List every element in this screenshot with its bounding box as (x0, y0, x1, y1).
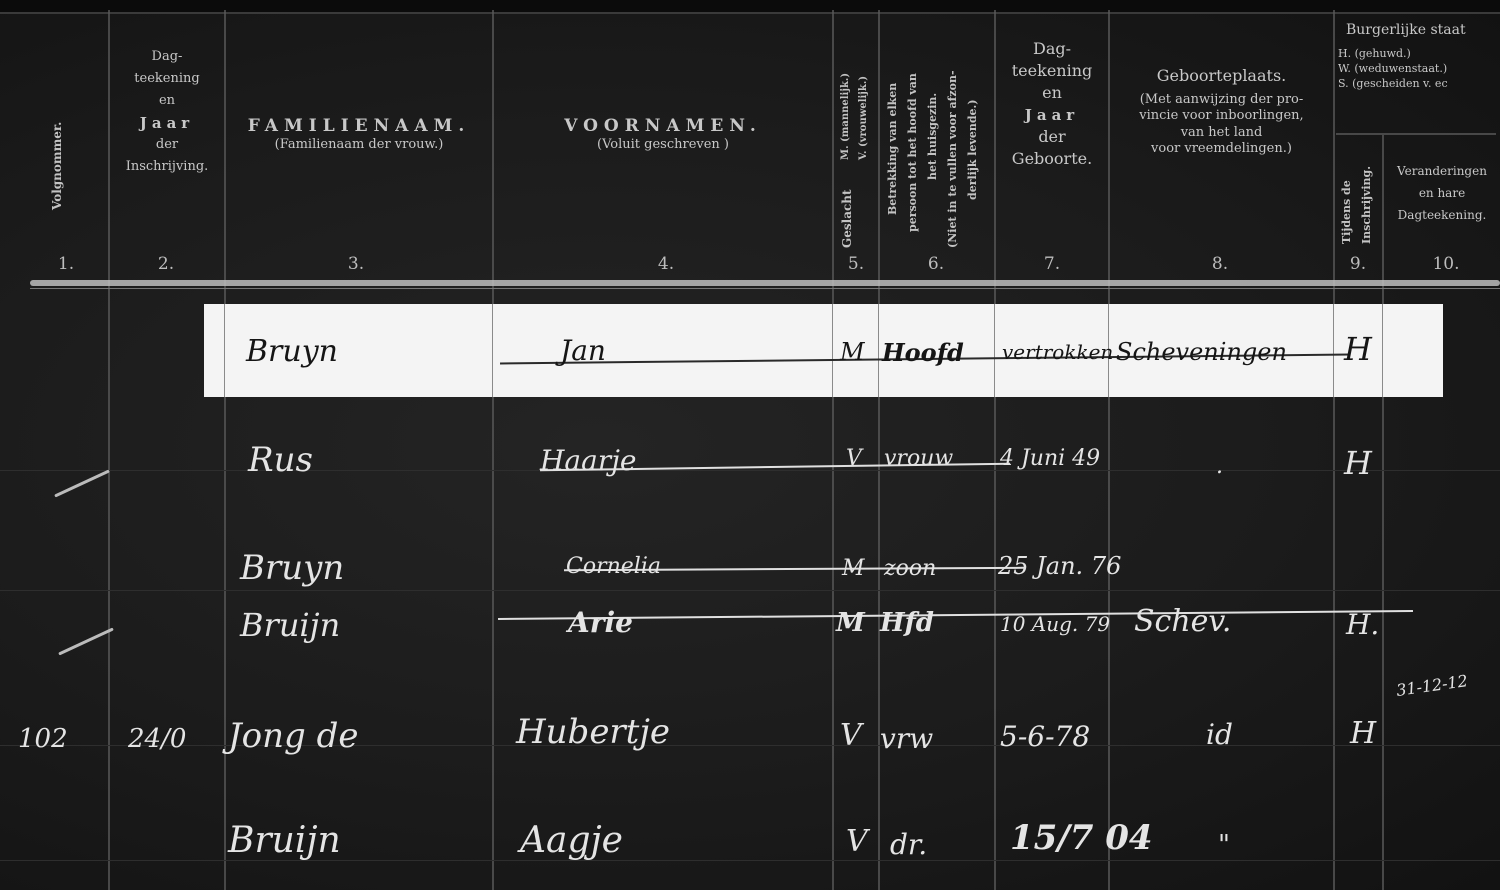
row5-geslacht: V (846, 824, 868, 859)
col-number-1: 1. (46, 254, 86, 274)
col-number-6: 6. (916, 254, 956, 274)
column-rule (1382, 135, 1384, 890)
row2-familienaam: Bruyn (240, 548, 344, 588)
header-betrekking-line: persoon tot het hoofd van (906, 73, 919, 232)
row2-voornamen: Cornelia (566, 554, 661, 579)
header-betrekking-line: het huisgezin. (926, 93, 939, 180)
col-number-3: 3. (336, 254, 376, 274)
column-rule (878, 10, 880, 890)
col-number-7: 7. (1032, 254, 1072, 274)
header-inschrijving: Dag- teekening en Jaar der Inschrijving. (110, 40, 224, 184)
row0-geslacht: M (840, 338, 865, 366)
row5-geboorteplaats: " (1218, 830, 1230, 860)
row0-voornamen: Jan (560, 334, 606, 367)
row4-staat: H (1350, 716, 1376, 751)
header-betrekking-line: Betrekking van elken (886, 83, 899, 215)
header-geboorte: Dag- teekening en Jaar der Geboorte. (996, 32, 1108, 176)
row2-betrekking: zoon (884, 556, 936, 581)
row1-geboorteplaats: . (1216, 454, 1223, 479)
row4-familienaam: Jong de (228, 716, 358, 756)
row3-geboorteplaats: Schev. (1134, 604, 1231, 639)
row-rule (0, 745, 1500, 746)
row1-betrekking: vrouw (884, 446, 953, 471)
header-betrekking-line: derlijk levende.) (966, 99, 979, 200)
row2-geboorte: 25 Jan. 76 (998, 552, 1121, 580)
row-rule (0, 470, 1500, 471)
row3-geslacht: M (836, 608, 865, 638)
row1-staat: H (1344, 444, 1372, 482)
header-familienaam: FAMILIENAAM. (Familienaam der vrouw.) (226, 116, 492, 154)
row4-betrekking: vrw (880, 722, 933, 755)
header-tijdens: Tijdens de (1340, 180, 1353, 244)
row1-familienaam: Rus (248, 440, 313, 480)
col-number-9: 9. (1338, 254, 1378, 274)
row5-familienaam: Bruijn (228, 820, 341, 861)
row4-geboorteplaats: id (1206, 718, 1233, 751)
header-voornamen: VOORNAMEN. (Voluit geschreven ) (494, 116, 832, 154)
row1-voornamen: Haarje (540, 444, 636, 477)
header-volgnummer: Volgnommer. (50, 122, 64, 210)
row4-veranderingen: 31-12-12 (1395, 671, 1469, 700)
header-veranderingen: Veranderingen en hare Dagteekening. (1386, 160, 1498, 226)
row0-betrekking: Hoofd (882, 338, 964, 367)
row-rule (0, 590, 1500, 591)
row4-volgnummer: 102 (18, 724, 68, 754)
row3-betrekking: Hfd (880, 608, 934, 638)
col-number-4: 4. (646, 254, 686, 274)
col-number-2: 2. (146, 254, 186, 274)
row0-familienaam: Bruyn (246, 334, 338, 369)
header-geboorteplaats: Geboorteplaats. (Met aanwijzing der pro-… (1110, 66, 1333, 157)
header-inschrijving-staat: Inschrijving. (1360, 166, 1373, 244)
header-geslacht-v: V. (vrouwelijk.) (858, 76, 869, 160)
header-betrekking-line: (Niet in te vullen voor afzon- (946, 70, 959, 248)
row4-geboorte: 5-6-78 (1000, 720, 1090, 753)
row1-geboorte: 4 Juni 49 (1000, 446, 1100, 471)
header-geslacht-m: M. (mannelijk.) (840, 73, 851, 160)
row4-geslacht: V (840, 718, 862, 753)
row5-voornamen: Aagje (520, 820, 623, 861)
col-number-8: 8. (1200, 254, 1240, 274)
row3-staat: H. (1346, 608, 1379, 641)
row5-geboorte: 15/7 04 (1010, 818, 1153, 858)
column-rule (1333, 10, 1335, 890)
row1-volgnummer-tick (54, 469, 110, 497)
header-double-rule (30, 280, 1500, 286)
row3-familienaam: Bruijn (240, 606, 340, 644)
row3-volgnummer-tick (58, 627, 114, 655)
highlighted-row[interactable]: Bruyn Jan M Hoofd vertrokken Scheveninge… (204, 304, 1443, 397)
row0-geboorteplaats: Scheveningen (1116, 338, 1287, 366)
row3-geboorte: 10 Aug. 79 (1000, 612, 1110, 636)
staat-divider (1336, 133, 1496, 135)
col-number-5: 5. (836, 254, 876, 274)
row1-geslacht: V (846, 446, 862, 471)
row3-strikethrough (498, 610, 1413, 620)
header-burgerlijke-staat: Burgerlijke staat H. (gehuwd.) W. (weduw… (1338, 22, 1500, 91)
row4-voornamen: Hubertje (516, 712, 670, 752)
row0-staat: H (1344, 330, 1372, 368)
row5-betrekking: dr. (890, 828, 927, 861)
register-page: Volgnommer. 1. Dag- teekening en Jaar de… (0, 0, 1500, 890)
column-rule (832, 10, 834, 890)
row2-geslacht: M (842, 556, 865, 581)
row0-geboorte: vertrokken (1002, 340, 1113, 364)
row4-inschrijving: 24/0 (128, 724, 186, 754)
row-rule (0, 860, 1500, 861)
col-number-10: 10. (1426, 254, 1466, 274)
header-geslacht: Geslacht (840, 189, 854, 248)
header-rule-secondary (30, 288, 1500, 289)
row3-voornamen: Arie (568, 606, 633, 639)
